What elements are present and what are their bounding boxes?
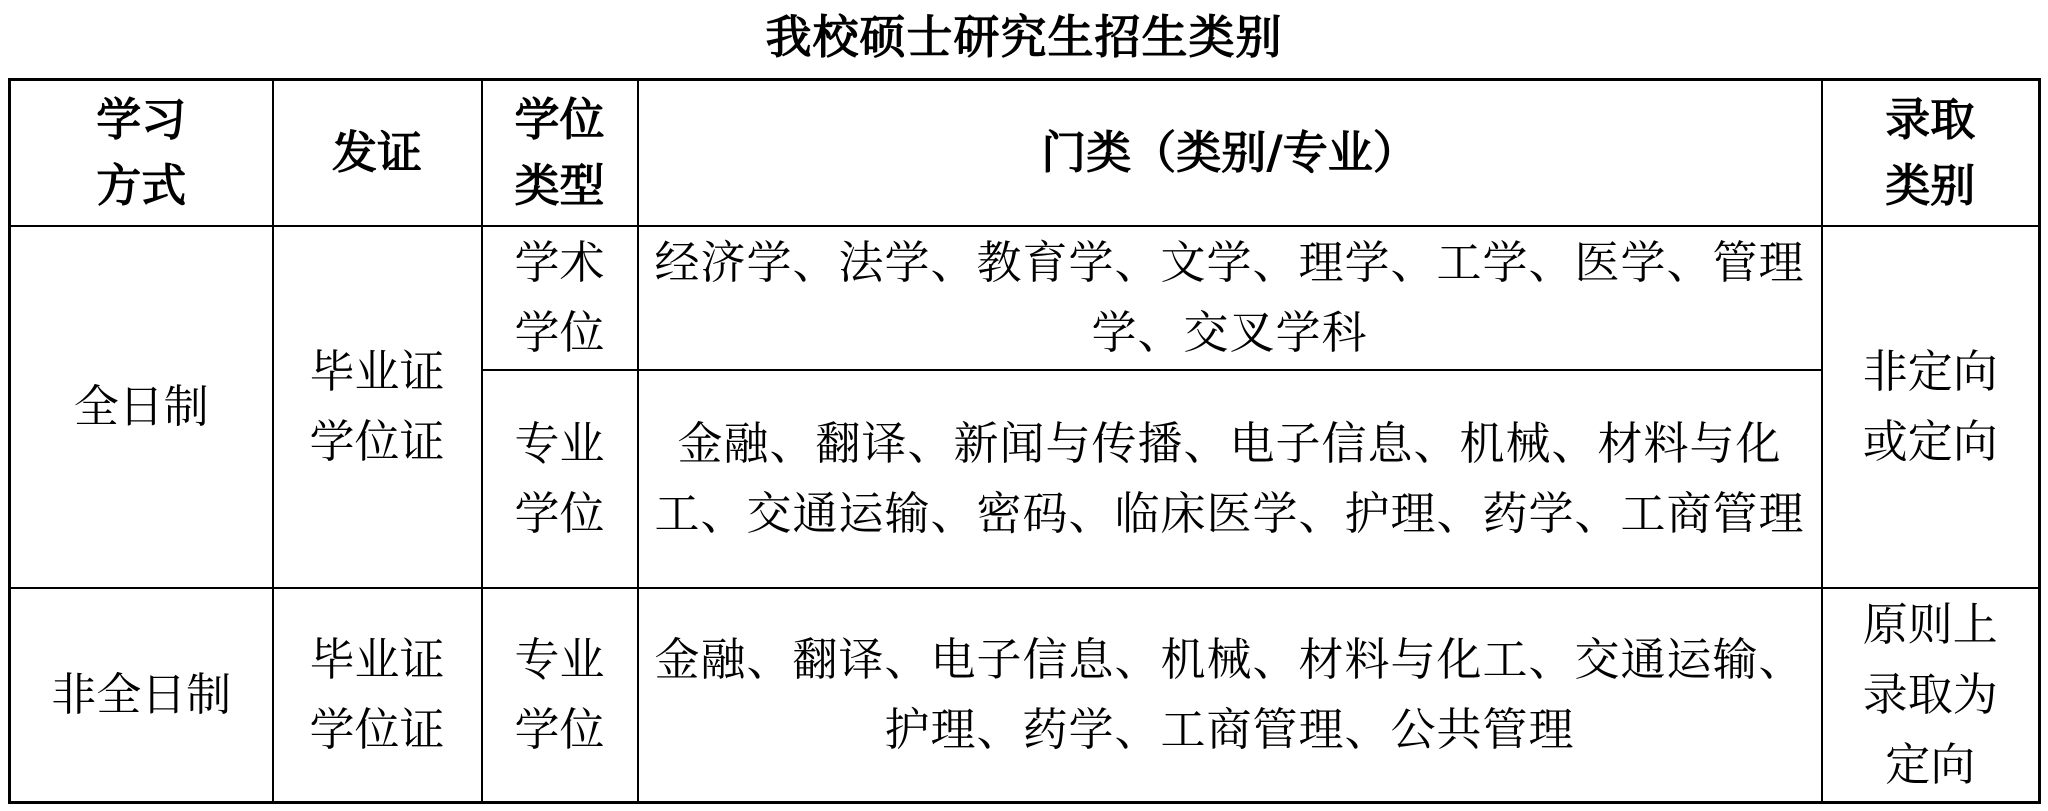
cell-degree-type-line2: 学位 [493,695,627,765]
enrollment-categories-table: 学习 方式 发证 学位 类型 门类（类别/专业） 录取 类别 全日制 毕业证 学… [8,78,2041,804]
table-header-row: 学习 方式 发证 学位 类型 门类（类别/专业） 录取 类别 [10,80,2040,226]
cell-admission-type-line2: 或定向 [1833,407,2029,477]
cell-certificate: 毕业证 学位证 [273,588,482,803]
cell-admission-type-line2: 录取为 [1833,660,2029,730]
cell-admission-type-line1: 非定向 [1833,337,2029,407]
header-degree-type-line2: 类型 [493,153,627,219]
cell-certificate-line1: 毕业证 [284,337,471,407]
header-study-mode-line2: 方式 [21,153,262,219]
cell-admission-type: 非定向 或定向 [1822,226,2040,588]
table-row: 全日制 毕业证 学位证 学术 学位 经济学、法学、教育学、文学、理学、工学、医学… [10,226,2040,370]
cell-degree-type-line1: 学术 [493,228,627,298]
table-row: 非全日制 毕业证 学位证 专业 学位 金融、翻译、电子信息、机械、材料与化工、交… [10,588,2040,803]
header-admission-type: 录取 类别 [1822,80,2040,226]
cell-study-mode: 非全日制 [10,588,273,803]
cell-degree-type-line2: 学位 [493,298,627,368]
header-category: 门类（类别/专业） [638,80,1822,226]
header-admission-type-line1: 录取 [1833,87,2029,153]
cell-degree-type: 专业 学位 [482,588,638,803]
cell-degree-type-line2: 学位 [493,479,627,549]
header-degree-type: 学位 类型 [482,80,638,226]
cell-degree-type-line1: 专业 [493,625,627,695]
cell-categories: 经济学、法学、教育学、文学、理学、工学、医学、管理学、交叉学科 [638,226,1822,370]
document-title: 我校硕士研究生招生类别 [0,6,2048,68]
cell-degree-type: 学术 学位 [482,226,638,370]
cell-certificate-line2: 学位证 [284,407,471,477]
cell-certificate-line1: 毕业证 [284,625,471,695]
header-certificate: 发证 [273,80,482,226]
cell-degree-type-line1: 专业 [493,409,627,479]
cell-categories: 金融、翻译、新闻与传播、电子信息、机械、材料与化工、交通运输、密码、临床医学、护… [638,370,1822,588]
cell-certificate: 毕业证 学位证 [273,226,482,588]
cell-degree-type: 专业 学位 [482,370,638,588]
header-degree-type-line1: 学位 [493,87,627,153]
header-study-mode-line1: 学习 [21,87,262,153]
header-study-mode: 学习 方式 [10,80,273,226]
header-admission-type-line2: 类别 [1833,153,2029,219]
cell-admission-type-line1: 原则上 [1833,590,2029,660]
cell-categories: 金融、翻译、电子信息、机械、材料与化工、交通运输、护理、药学、工商管理、公共管理 [638,588,1822,803]
cell-study-mode: 全日制 [10,226,273,588]
cell-admission-type-line3: 定向 [1833,730,2029,800]
cell-certificate-line2: 学位证 [284,695,471,765]
cell-admission-type: 原则上 录取为 定向 [1822,588,2040,803]
